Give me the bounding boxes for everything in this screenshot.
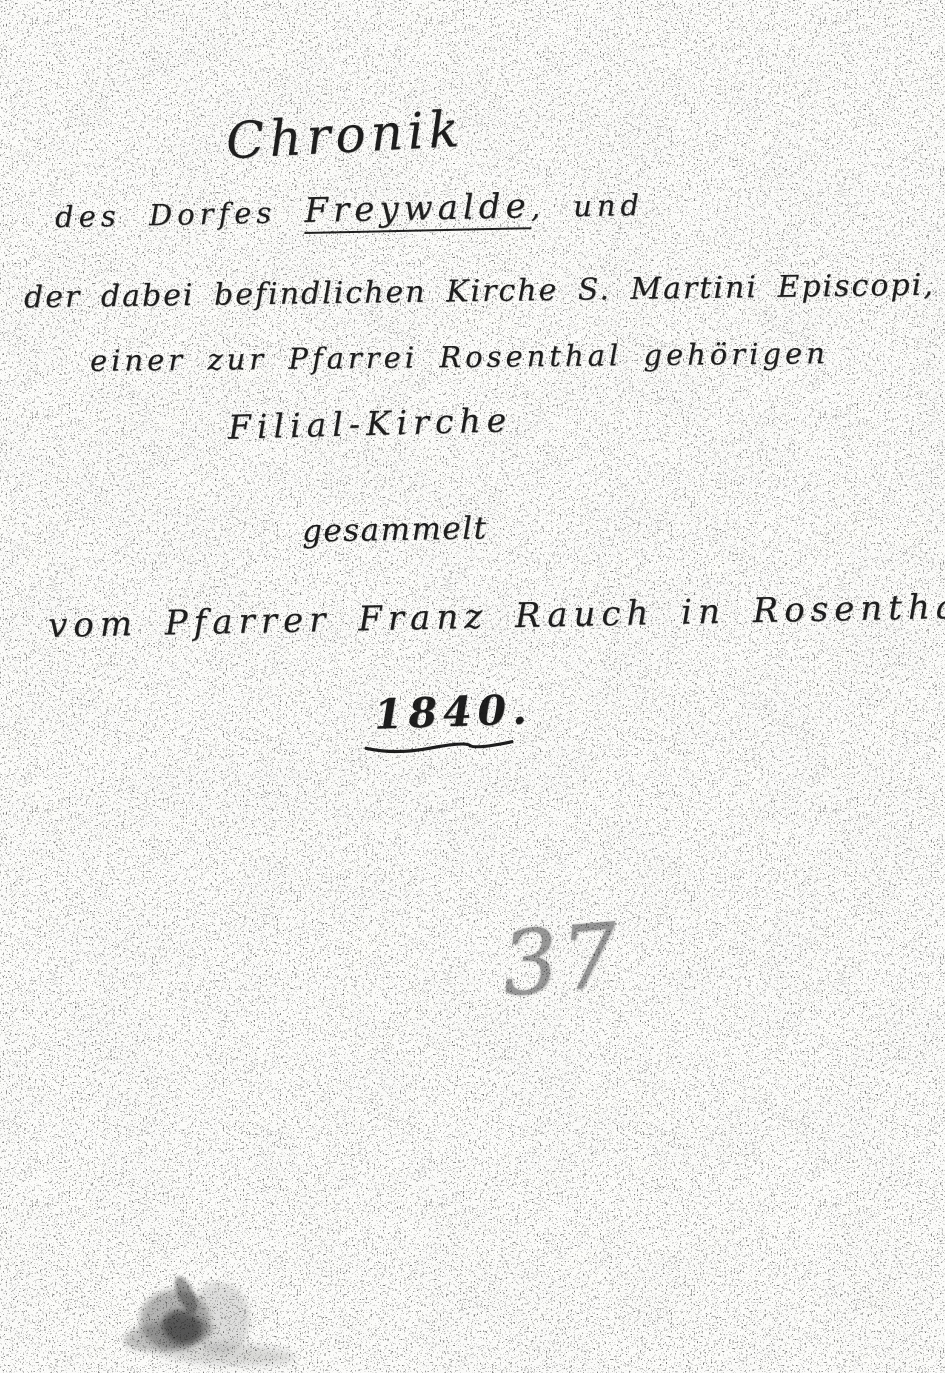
year-underline-flourish-icon <box>360 737 520 758</box>
village-line-pre: des Dorfes <box>55 195 305 234</box>
manuscript-scan-page: Chronik des Dorfes Freywalde, und der da… <box>0 0 945 1373</box>
church-line: der dabei befindlichen Kirche S. Martini… <box>24 268 935 316</box>
year-line: 1840. <box>373 685 533 738</box>
filial-line: Filial-Kirche <box>228 400 513 446</box>
pencil-archive-number: 37 <box>498 903 627 1016</box>
author-line: vom Pfarrer Franz Rauch in Rosenthal. <box>48 586 945 646</box>
ink-smudge <box>100 1265 340 1373</box>
village-name-underlined: Freywalde <box>304 186 531 234</box>
ink-smudge-blob <box>155 1339 296 1368</box>
village-line-post: , und <box>530 188 644 224</box>
collected-line: gesammelt <box>302 510 488 549</box>
parish-line: einer zur Pfarrei Rosenthal gehörigen <box>90 336 829 378</box>
manuscript-title: Chronik <box>225 100 466 170</box>
village-line: des Dorfes Freywalde, und <box>55 184 645 236</box>
